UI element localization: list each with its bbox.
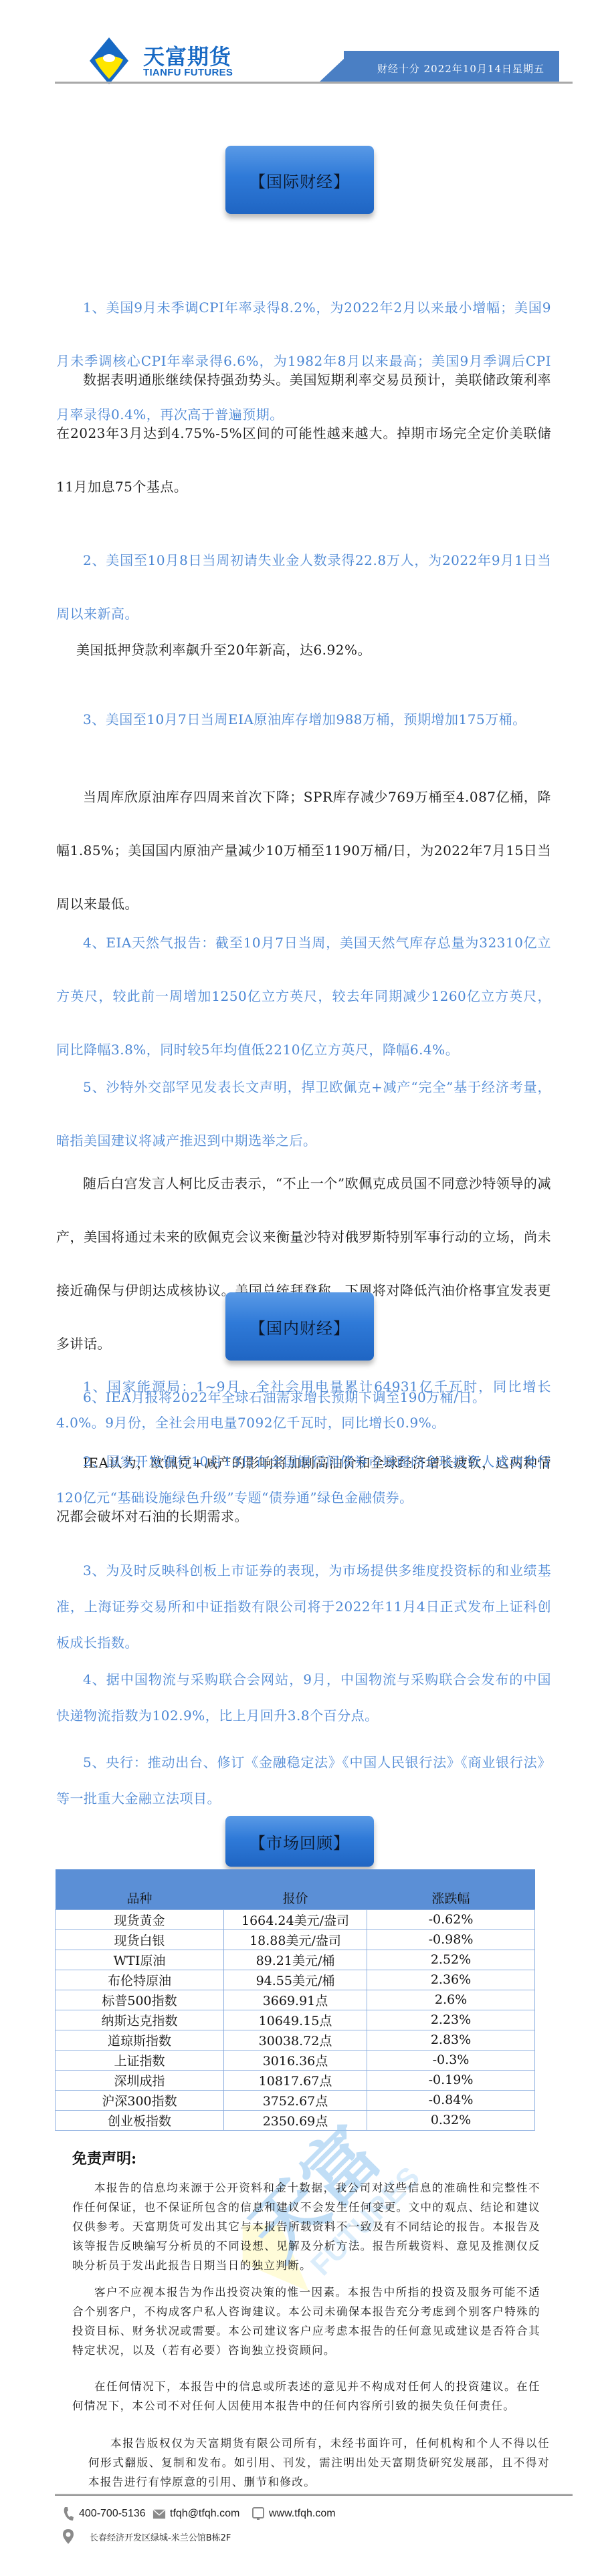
- cell-instrument: 沪深300指数: [56, 2090, 224, 2110]
- cell-change: -0.3%: [367, 2050, 535, 2070]
- table-row: 标普500指数3669.91点2.6%: [56, 1990, 535, 2010]
- table-row: 纳斯达克指数10649.15点2.23%: [56, 2010, 535, 2030]
- cell-change: -0.98%: [367, 1929, 535, 1950]
- disclaimer-paragraph: 本报告版权仅为天富期货有限公司所有，未经书面许可，任何机构和个人不得以任何形式翻…: [88, 2434, 550, 2492]
- monitor-icon: [252, 2506, 265, 2522]
- cell-instrument: 创业板指数: [56, 2110, 224, 2130]
- footer-email[interactable]: tfqh@tfqh.com: [153, 2506, 239, 2522]
- cell-price: 89.21美元/桶: [224, 1950, 367, 1970]
- cell-price: 18.88美元/盎司: [224, 1929, 367, 1950]
- cell-price: 3016.36点: [224, 2050, 367, 2070]
- brand-name-en: TIANFU FUTURES: [143, 67, 233, 78]
- email-link[interactable]: tfqh@tfqh.com: [170, 2508, 239, 2520]
- cell-instrument: 上证指数: [56, 2050, 224, 2070]
- website-link[interactable]: www.tfqh.com: [269, 2508, 336, 2520]
- section-title-text: 【国际财经】: [249, 168, 350, 192]
- cell-change: 2.6%: [367, 1990, 535, 2010]
- section-title-text: 【国内财经】: [249, 1315, 350, 1338]
- table-row: 道琼斯指数30038.72点2.83%: [56, 2030, 535, 2050]
- domestic-item-5: 5、央行：推动出台、修订《金融稳定法》《中国人民银行法》《商业银行法》等一批重大…: [56, 1744, 551, 1817]
- section-title-international: 【国际财经】: [225, 146, 374, 214]
- section-title-market: 【市场回顾】: [225, 1816, 374, 1867]
- cell-price: 2350.69点: [224, 2110, 367, 2130]
- location-pin-icon: [62, 2529, 75, 2545]
- domestic-item-1: 1、国家能源局：1~9月，全社会用电量累计64931亿千瓦时，同比增长4.0%。…: [56, 1369, 551, 1441]
- header-divider: [55, 82, 573, 84]
- intl-item-3: 3、美国至10月7日当周EIA原油库存增加988万桶，预期增加175万桶。: [56, 693, 551, 746]
- disclaimer-paragraph: 本报告的信息均来源于公开资料和金十数据，我公司对这些信息的准确性和完整性不作任何…: [72, 2178, 540, 2275]
- cell-instrument: 道琼斯指数: [56, 2030, 224, 2050]
- table-row: 现货白银18.88美元/盎司-0.98%: [56, 1929, 535, 1950]
- market-review-table: 品种 报价 涨跌幅 现货黄金1664.24美元/盎司-0.62% 现货白银18.…: [55, 1869, 535, 2131]
- domestic-item-3: 3、为及时反映科创板上市证券的表现，为市场提供多维度投资标的和业绩基准，上海证券…: [56, 1552, 551, 1661]
- cell-change: 0.32%: [367, 2110, 535, 2130]
- cell-change: 2.23%: [367, 2010, 535, 2030]
- cell-price: 1664.24美元/盎司: [224, 1909, 367, 1929]
- cell-change: -0.19%: [367, 2070, 535, 2090]
- table-row: WTI原油89.21美元/桶2.52%: [56, 1950, 535, 1970]
- cell-price: 94.55美元/桶: [224, 1970, 367, 1990]
- footer-phone: 400-700-5136: [62, 2506, 146, 2522]
- cell-instrument: WTI原油: [56, 1950, 224, 1970]
- table-row: 现货黄金1664.24美元/盎司-0.62%: [56, 1909, 535, 1929]
- phone-number: 400-700-5136: [79, 2508, 146, 2520]
- cell-instrument: 布伦特原油: [56, 1970, 224, 1990]
- intl-item-5: 5、沙特外交部罕见发表长文声明，捍卫欧佩克+减产“完全”基于经济考量，暗指美国建…: [56, 1060, 551, 1167]
- mail-icon: [153, 2506, 166, 2522]
- table-row: 上证指数3016.36点-0.3%: [56, 2050, 535, 2070]
- disclaimer-paragraph: 在任何情况下，本报告中的信息或所表述的意见并不构成对任何人的投资建议。在任何情况…: [72, 2377, 540, 2416]
- footer-address: 长春经济开发区绿城-米兰公馆B栋2F: [62, 2529, 231, 2545]
- cell-price: 3669.91点: [224, 1990, 367, 2010]
- cell-price: 10649.15点: [224, 2010, 367, 2030]
- intl-item-1-detail: 数据表明通胀继续保持强劲势头。美国短期利率交易员预计，美联储政策利率在2023年…: [56, 353, 551, 513]
- cell-change: -0.62%: [367, 1909, 535, 1929]
- cell-instrument: 标普500指数: [56, 1990, 224, 2010]
- cell-instrument: 深圳成指: [56, 2070, 224, 2090]
- cell-instrument: 现货黄金: [56, 1909, 224, 1929]
- domestic-item-4: 4、据中国物流与采购联合会网站，9月，中国物流与采购联合会发布的中国快递物流指数…: [56, 1661, 551, 1734]
- table-header-row: 品种 报价 涨跌幅: [56, 1869, 535, 1909]
- table-row: 沪深300指数3752.67点-0.84%: [56, 2090, 535, 2110]
- cell-price: 10817.67点: [224, 2070, 367, 2090]
- date-banner: 财经十分 2022年10月14日星期五: [320, 51, 559, 82]
- cell-price: 3752.67点: [224, 2090, 367, 2110]
- col-header-instrument: 品种: [56, 1869, 224, 1909]
- address-text: 长春经济开发区绿城-米兰公馆B栋2F: [90, 2531, 231, 2543]
- col-header-change: 涨跌幅: [367, 1869, 535, 1909]
- cell-change: 2.83%: [367, 2030, 535, 2050]
- table-row: 深圳成指10817.67点-0.19%: [56, 2070, 535, 2090]
- date-banner-text: 财经十分 2022年10月14日星期五: [377, 62, 544, 76]
- table-row: 创业板指数2350.69点0.32%: [56, 2110, 535, 2130]
- cell-instrument: 纳斯达克指数: [56, 2010, 224, 2030]
- section-title-domestic: 【国内财经】: [225, 1292, 374, 1361]
- phone-icon: [62, 2506, 75, 2522]
- cell-change: 2.36%: [367, 1970, 535, 1990]
- footer-divider: [55, 2494, 573, 2496]
- tianfu-logo-icon: [90, 37, 128, 84]
- cell-change: 2.52%: [367, 1950, 535, 1970]
- table-row: 布伦特原油94.55美元/桶2.36%: [56, 1970, 535, 1990]
- domestic-item-2: 2、国家开发银行10月13日在全国银行间债券市场面向全球投资人成功发行120亿元…: [56, 1443, 551, 1516]
- col-header-price: 报价: [224, 1869, 367, 1909]
- page-header: 天富期货 TIANFU FUTURES 财经十分 2022年10月14日星期五: [0, 0, 602, 144]
- section-title-text: 【市场回顾】: [249, 1830, 350, 1853]
- footer-website[interactable]: www.tfqh.com: [252, 2506, 336, 2522]
- cell-change: -0.84%: [367, 2090, 535, 2110]
- intl-item-3-detail: 当周库欣原油库存四周来首次下降；SPR库存减少769万桶至4.087亿桶，降幅1…: [56, 770, 551, 931]
- cell-instrument: 现货白银: [56, 1929, 224, 1950]
- intl-item-2-detail: 美国抵押贷款利率飙升至20年新高，达6.92%。: [56, 623, 551, 677]
- disclaimer-paragraph: 客户不应视本报告为作出投资决策的惟一因素。本报告中所指的投资及服务可能不适合个别…: [72, 2282, 540, 2360]
- intl-item-4: 4、EIA天然气报告：截至10月7日当周，美国天然气库存总量为32310亿立方英…: [56, 916, 551, 1076]
- disclaimer-title: 免责声明:: [72, 2147, 136, 2168]
- cell-price: 30038.72点: [224, 2030, 367, 2050]
